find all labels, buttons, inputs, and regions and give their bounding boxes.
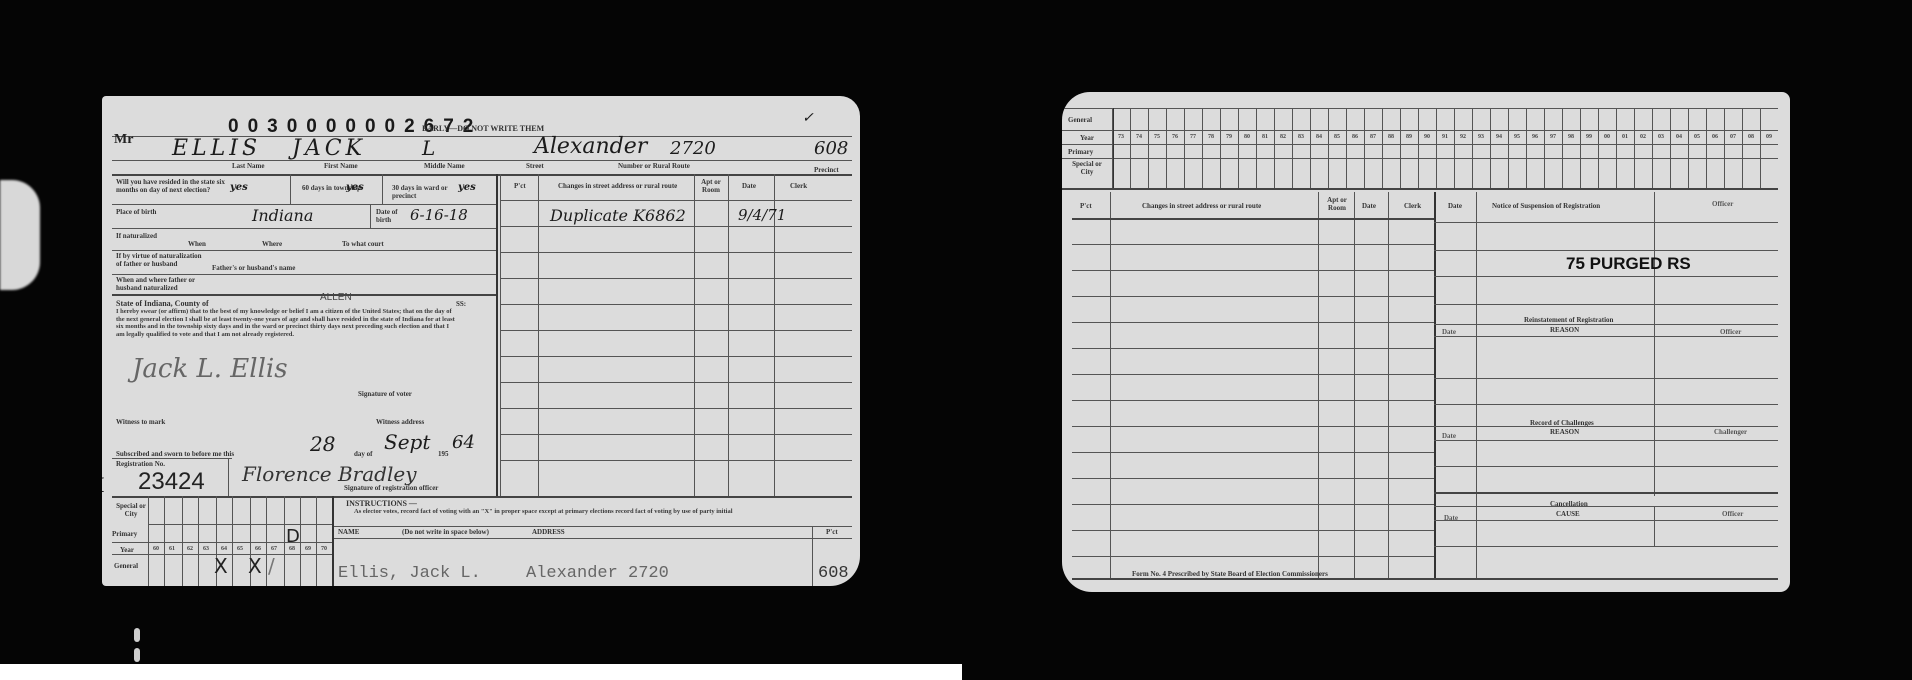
- year-cell: 83: [1291, 134, 1311, 140]
- year-cell: 61: [162, 546, 182, 552]
- precinct-label: Precinct: [814, 166, 839, 174]
- naturalized-court: To what court: [342, 240, 384, 248]
- subscribed-day: 28: [310, 432, 335, 456]
- last-name-label: Last Name: [232, 162, 264, 170]
- row-line: [1072, 478, 1434, 479]
- year-cell: 76: [1165, 134, 1185, 140]
- father-name-label: Father's or husband's name: [212, 264, 295, 272]
- state-county-label: State of Indiana, County of: [116, 300, 209, 308]
- subscribed-label: Subscribed and sworn to before me this: [116, 450, 234, 458]
- last-name: ELLIS: [172, 136, 261, 161]
- grid-line: [1346, 108, 1347, 188]
- grid-line: [1634, 108, 1635, 188]
- year-cell: 08: [1741, 134, 1761, 140]
- apt-header: Apt or Room: [698, 178, 724, 194]
- grid-line: [1562, 108, 1563, 188]
- grid-line: [1202, 108, 1203, 188]
- grid-line: [1472, 108, 1473, 188]
- year-cell: 79: [1219, 134, 1239, 140]
- suspension-date-label: Date: [1448, 202, 1462, 210]
- typed-address: Alexander 2720: [526, 564, 669, 583]
- grid-line: [1184, 108, 1185, 188]
- year-cell: 07: [1723, 134, 1743, 140]
- back-pct-header: P'ct: [1080, 202, 1092, 210]
- form-footer: Form No. 4 Prescribed by State Board of …: [1132, 570, 1328, 578]
- year-cell: 65: [230, 546, 250, 552]
- back-general-label: General: [1068, 116, 1092, 124]
- challenges-date-label: Date: [1442, 432, 1456, 440]
- naturalized-when: When: [188, 240, 206, 248]
- subscribed-month: Sept: [384, 430, 430, 454]
- state-residency-question: Will you have resided in the state six m…: [116, 178, 226, 194]
- reinstatement-title: Reinstatement of Registration: [1524, 316, 1613, 324]
- row-line: [1072, 244, 1434, 245]
- grid-line: [1382, 108, 1383, 188]
- scan-margin: [0, 664, 962, 680]
- grid-line: [1706, 108, 1707, 188]
- cancellation-officer-label: Officer: [1722, 510, 1743, 518]
- year-cell: 98: [1561, 134, 1581, 140]
- birth-place: Indiana: [252, 206, 313, 225]
- clerk-header: Clerk: [790, 182, 807, 190]
- vote-mark: /: [268, 554, 275, 578]
- grid-line: [1598, 108, 1599, 188]
- reinstatement-officer-label: Officer: [1720, 328, 1741, 336]
- year-cell: 70: [314, 546, 334, 552]
- grid-line: [1292, 108, 1293, 188]
- typed-name: Ellis, Jack L.: [338, 564, 481, 583]
- year-cell: 63: [196, 546, 216, 552]
- grid-line: [1436, 108, 1437, 188]
- middle-name-label: Middle Name: [424, 162, 465, 170]
- witness-address-label: Witness address: [376, 418, 424, 426]
- year-cell: 01: [1615, 134, 1635, 140]
- grid-line: [1418, 108, 1419, 188]
- grid-line: [1220, 108, 1221, 188]
- grid-line: [1670, 108, 1671, 188]
- year-cell: 02: [1633, 134, 1653, 140]
- challenger-label: Challenger: [1714, 428, 1747, 436]
- grid-line: [1400, 108, 1401, 188]
- row-line: [1072, 322, 1434, 323]
- year-cell: 85: [1327, 134, 1347, 140]
- witness-mark-label: Witness to mark: [116, 418, 165, 426]
- birth-date-label: Date of birth: [376, 208, 406, 224]
- grid-line: [1364, 108, 1365, 188]
- suspension-title: Notice of Suspension of Registration: [1492, 202, 1600, 210]
- year-prefix: 195: [438, 450, 449, 458]
- officer-signature-label: Signature of registration officer: [344, 484, 438, 492]
- change-date: 9/4/71: [738, 206, 786, 224]
- year-cell: 90: [1417, 134, 1437, 140]
- year-cell: 80: [1237, 134, 1257, 140]
- year-cell: 03: [1651, 134, 1671, 140]
- row-line: [1072, 374, 1434, 375]
- year-cell: 77: [1183, 134, 1203, 140]
- row-line: [1072, 426, 1434, 427]
- footer-address-label: ADDRESS: [532, 528, 565, 536]
- row-line: [1072, 530, 1434, 531]
- grid-line: [1238, 108, 1239, 188]
- grid-line: [1310, 108, 1311, 188]
- footer-name-label: NAME: [338, 528, 359, 536]
- registration-no-label: Registration No.: [116, 460, 165, 468]
- header-notice: EARLY—DO NOT WRITE THEM: [422, 124, 544, 133]
- first-name: JACK: [292, 136, 366, 161]
- grid-line: [1274, 108, 1275, 188]
- suspension-officer-label: Officer: [1712, 200, 1733, 208]
- voter-signature: Jack L. Ellis: [132, 354, 288, 384]
- special-label: Special or City: [116, 502, 146, 518]
- year-cell: 06: [1705, 134, 1725, 140]
- do-not-write-label: (Do not write in space below): [402, 528, 489, 536]
- year-cell: 04: [1669, 134, 1689, 140]
- grid-line: [1454, 108, 1455, 188]
- registration-number: 23424: [138, 468, 205, 496]
- reinstatement-reason-label: REASON: [1550, 326, 1579, 334]
- check-mark: ✓: [802, 110, 814, 126]
- back-apt-header: Apt or Room: [1324, 196, 1350, 212]
- scan-artifact: [0, 180, 40, 290]
- year-cell: 91: [1435, 134, 1455, 140]
- ward-answer: yes: [458, 182, 476, 193]
- row-line: [1072, 400, 1434, 401]
- grid-line: [1724, 108, 1725, 188]
- naturalized-label: If naturalized: [116, 232, 157, 240]
- grid-line: [1508, 108, 1509, 188]
- year-cell: 00: [1597, 134, 1617, 140]
- grid-line: [1256, 108, 1257, 188]
- registration-card-back: General Year Primary Special or City 737…: [1062, 92, 1790, 592]
- oath-text: I hereby swear (or affirm) that to the b…: [116, 308, 456, 338]
- year-cell: 86: [1345, 134, 1365, 140]
- year-cell: 78: [1201, 134, 1221, 140]
- year-cell: 92: [1453, 134, 1473, 140]
- back-primary-label: Primary: [1068, 148, 1093, 156]
- grid-line: [1148, 108, 1149, 188]
- reinstatement-date-label: Date: [1442, 328, 1456, 336]
- year-cell: 95: [1507, 134, 1527, 140]
- year-cell: 73: [1111, 134, 1131, 140]
- registration-roman: I: [102, 472, 105, 498]
- year-cell: 82: [1273, 134, 1293, 140]
- back-year-label: Year: [1080, 134, 1094, 142]
- day-of-label: day of: [354, 450, 372, 458]
- year-cell: 96: [1525, 134, 1545, 140]
- grid-line: [1652, 108, 1653, 188]
- year-cell: 75: [1147, 134, 1167, 140]
- year-cell: 93: [1471, 134, 1491, 140]
- year-cell: 84: [1309, 134, 1329, 140]
- primary-mark: D: [286, 526, 300, 547]
- typed-precinct: 608: [818, 564, 849, 583]
- officer-signature: Florence Bradley: [242, 462, 417, 486]
- vote-mark: X: [248, 554, 262, 578]
- street-number: 2720: [670, 138, 716, 159]
- ss-label: SS:: [456, 300, 466, 308]
- scan-artifact: [134, 648, 140, 662]
- year-cell: 94: [1489, 134, 1509, 140]
- year-cell: 81: [1255, 134, 1275, 140]
- year-cell: 99: [1579, 134, 1599, 140]
- birth-place-label: Place of birth: [116, 208, 166, 216]
- row-line: [1072, 296, 1434, 297]
- voter-signature-label: Signature of voter: [358, 390, 412, 398]
- scan-artifact: [134, 628, 140, 642]
- year-cell: 89: [1399, 134, 1419, 140]
- grid-line: [1490, 108, 1491, 188]
- county: ALLEN: [320, 292, 352, 303]
- change-entry: Duplicate K6862: [550, 206, 686, 225]
- naturalized-where: Where: [262, 240, 282, 248]
- title-mark: Mr: [114, 132, 133, 148]
- grid-line: [1580, 108, 1581, 188]
- pct-header: P'ct: [514, 182, 526, 190]
- back-special-label: Special or City: [1072, 160, 1102, 176]
- row-line: [1072, 348, 1434, 349]
- year-cell: 09: [1759, 134, 1779, 140]
- grid-line: [1130, 108, 1131, 188]
- number-label: Number or Rural Route: [618, 162, 690, 170]
- middle-initial: L: [422, 136, 435, 160]
- grid-line: [1760, 108, 1761, 188]
- ward-question: 30 days in ward or precinct: [392, 184, 462, 200]
- challenges-reason-label: REASON: [1550, 428, 1579, 436]
- year-cell: 87: [1363, 134, 1383, 140]
- when-where-label: When and where father or husband natural…: [116, 276, 206, 292]
- grid-line: [1112, 108, 1113, 188]
- row-line: [1072, 452, 1434, 453]
- grid-line: [1166, 108, 1167, 188]
- back-date-header: Date: [1362, 202, 1376, 210]
- row-line: [1072, 556, 1434, 557]
- year-cell: 97: [1543, 134, 1563, 140]
- year-label: Year: [120, 546, 134, 554]
- grid-line: [1526, 108, 1527, 188]
- changes-header: Changes in street address or rural route: [558, 182, 677, 190]
- back-clerk-header: Clerk: [1404, 202, 1421, 210]
- row-line: [1072, 270, 1434, 271]
- year-cell: 05: [1687, 134, 1707, 140]
- street-label: Street: [526, 162, 544, 170]
- street: Alexander: [534, 134, 647, 159]
- purged-stamp: 75 PURGED RS: [1566, 254, 1691, 274]
- year-cell: 74: [1129, 134, 1149, 140]
- primary-label: Primary: [112, 530, 137, 538]
- year-cell: 88: [1381, 134, 1401, 140]
- virtue-label: If by virtue of naturalization of father…: [116, 252, 206, 268]
- state-residency-answer: yes: [230, 182, 248, 193]
- township-answer: yes: [346, 182, 364, 193]
- vote-mark: X: [214, 554, 228, 578]
- registration-card-front: 0030000002672 EARLY—DO NOT WRITE THEM ✓ …: [102, 96, 860, 586]
- grid-line: [1742, 108, 1743, 188]
- instructions-text: As elector votes, record fact of voting …: [354, 508, 734, 516]
- year-cell: 67: [264, 546, 284, 552]
- grid-line: [1616, 108, 1617, 188]
- instructions-title: INSTRUCTIONS —: [346, 500, 417, 508]
- precinct-value: 608: [814, 138, 848, 159]
- row-line: [1072, 504, 1434, 505]
- back-changes-header: Changes in street address or rural route: [1142, 202, 1261, 210]
- grid-line: [1328, 108, 1329, 188]
- first-name-label: First Name: [324, 162, 358, 170]
- grid-line: [1544, 108, 1545, 188]
- subscribed-year: 64: [452, 432, 475, 453]
- footer-pct-label: P'ct: [826, 528, 838, 536]
- general-label: General: [114, 562, 138, 570]
- date-header: Date: [742, 182, 756, 190]
- birth-date: 6-16-18: [410, 206, 468, 224]
- cancellation-cause-label: CAUSE: [1556, 510, 1580, 518]
- grid-line: [1688, 108, 1689, 188]
